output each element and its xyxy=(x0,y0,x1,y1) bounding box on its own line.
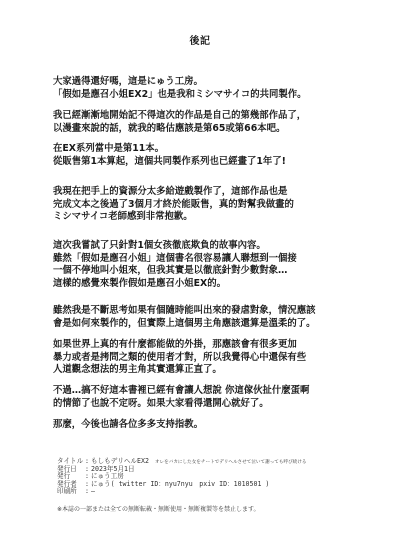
colophon-value: にゅう( twitter ID：nyu7nyu pxiv ID：1010501 … xyxy=(91,481,269,489)
text-line: 從販售第1本算起，這個共同製作系列也已經畫了1年了! xyxy=(53,156,383,169)
text-line: 我現在把手上的資源分太多給遊戲製作了，這部作品也是 xyxy=(53,186,383,199)
copyright-notice: ※本誌の一部または全ての無断転載・無断使用・無断複製等を禁止します。 xyxy=(57,504,260,513)
text-line: 在EX系列當中是第11本。 xyxy=(53,143,383,156)
text-line: 一個不停地叫小姐來，但我其實是以徹底針對少數對象… xyxy=(53,265,383,278)
colophon-row-printer: 印刷所 : ― xyxy=(57,488,306,496)
text-line: 暴力或者是拷問之類的使用者才對，所以我覺得心中還保有些 xyxy=(53,352,383,365)
text-line: 「假如是應召小姐EX2」也是我和ミシマサイコ的共同製作。 xyxy=(53,89,383,102)
text-line: 的情節了也說不定呀。如果大家看得還開心就好了。 xyxy=(53,398,383,411)
paragraph-work-count: 我已經漸漸地開始記不得這次的作品是自己的第幾部作品了， 以漫畫來說的話，就我的略… xyxy=(53,110,383,135)
paragraph-farewell: 那麼，今後也請各位多多支持指教。 xyxy=(53,419,383,432)
paragraph-apology: 我現在把手上的資源分太多給遊戲製作了，這部作品也是 完成文本之後過了3個月才終於… xyxy=(53,186,383,224)
text-line: 雖然「假如是應召小姐」這個書名很容易讓人聯想到一個接 xyxy=(53,253,383,266)
text-line: 會是如何來製作的，但實際上這個男主角應該還算是溫柔的了。 xyxy=(53,318,383,331)
colophon-value: ― xyxy=(91,488,95,496)
text-line: 不過…搞不好這本書裡已經有會讓人想說 你這傢伙扯什麼蛋啊 xyxy=(53,385,383,398)
paragraph-story: 這次我嘗試了只針對1個女孩徹底欺負的故事內容。 雖然「假如是應召小姐」這個書名很… xyxy=(53,240,383,290)
paragraph-protagonist: 雖然我是不斷思考如果有個隨時能叫出來的發虐對象，情況應該 會是如何來製作的，但實… xyxy=(53,305,383,330)
page-title: 後記 xyxy=(0,32,400,47)
text-line: 以漫畫來說的話，就我的略估應該是第65或第66本吧。 xyxy=(53,123,383,136)
colophon: タイトル : もしもデリヘルEX2 オレをバカにした女をチートでデリヘルさせて泣… xyxy=(57,458,306,496)
text-line: 人道觀念想法的男主角其實還算正直了。 xyxy=(53,364,383,377)
text-line: 那麼，今後也請各位多多支持指教。 xyxy=(53,419,383,432)
paragraph-closing-thoughts: 不過…搞不好這本書裡已經有會讓人想說 你這傢伙扯什麼蛋啊 的情節了也說不定呀。如… xyxy=(53,385,383,410)
text-line: 這次我嘗試了只針對1個女孩徹底欺負的故事內容。 xyxy=(53,240,383,253)
text-line: 如果世界上真的有什麼都能做的外掛，那應該會有很多更加 xyxy=(53,339,383,352)
colophon-separator: : xyxy=(83,488,91,496)
paragraph-cheat: 如果世界上真的有什麼都能做的外掛，那應該會有很多更加 暴力或者是拷問之類的使用者… xyxy=(53,339,383,377)
text-line: 大家過得還好嗎，這是にゅう工房。 xyxy=(53,76,383,89)
paragraph-greeting: 大家過得還好嗎，這是にゅう工房。 「假如是應召小姐EX2」也是我和ミシマサイコ的… xyxy=(53,76,383,101)
text-line: 雖然我是不斷思考如果有個隨時能叫出來的發虐對象，情況應該 xyxy=(53,305,383,318)
text-line: 完成文本之後過了3個月才終於能販售，真的對幫我做畫的 xyxy=(53,199,383,212)
paragraph-series: 在EX系列當中是第11本。 從販售第1本算起，這個共同製作系列也已經畫了1年了! xyxy=(53,143,383,168)
colophon-subtitle: オレをバカにした女をチートでデリヘルさせて泣いて謝っても呼び続ける xyxy=(155,459,307,467)
text-line: 這樣的感覺來製作假如是應召小姐EX的。 xyxy=(53,278,383,291)
colophon-label: 印刷所 xyxy=(57,488,83,496)
text-line: 我已經漸漸地開始記不得這次的作品是自己的第幾部作品了， xyxy=(53,110,383,123)
text-line: ミシマサイコ老師感到非常抱歉。 xyxy=(53,211,383,224)
